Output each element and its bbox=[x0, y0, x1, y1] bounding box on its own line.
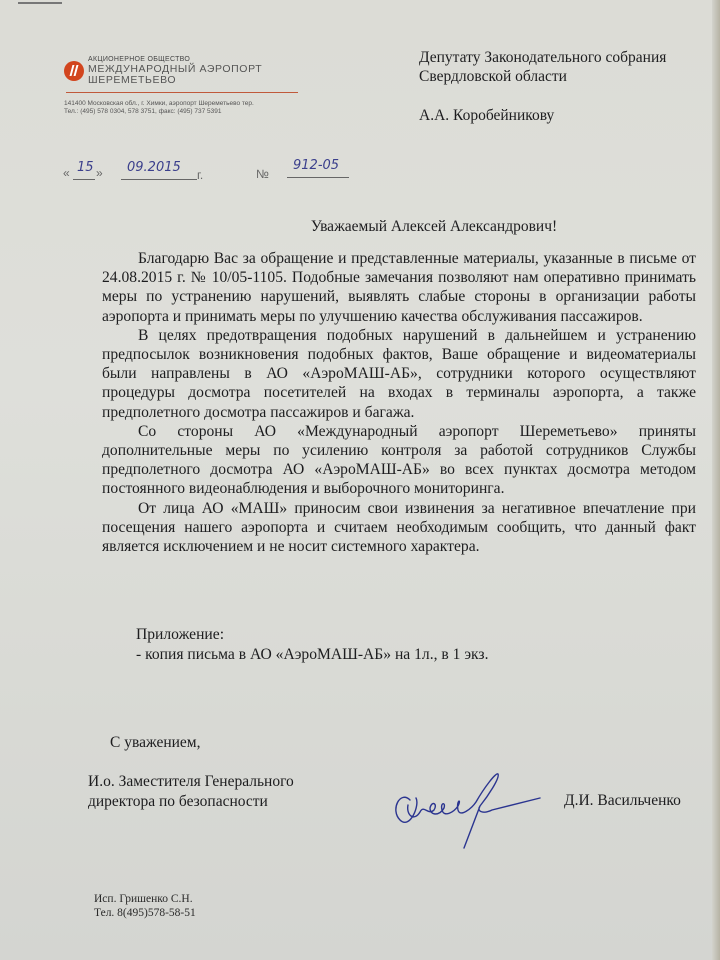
paragraph-4: От лица АО «МАШ» приносим свои извинения… bbox=[102, 499, 696, 557]
paragraph-3: Со стороны АО «Международный аэропорт Ше… bbox=[102, 422, 696, 499]
document-number: 912-05 bbox=[293, 158, 339, 173]
signer-name: Д.И. Васильченко bbox=[564, 792, 681, 810]
addressee-name: А.А. Коробейникову bbox=[419, 106, 666, 125]
org-title: МЕЖДУНАРОДНЫЙ АЭРОПОРТ ШЕРЕМЕТЬЕВО bbox=[88, 64, 344, 86]
signer-title: И.о. Заместителя Генерального директора … bbox=[88, 772, 294, 812]
executor-phone: Тел. 8(495)578-58-51 bbox=[94, 906, 196, 920]
paragraph-1: Благодарю Вас за обращение и представлен… bbox=[102, 249, 696, 326]
page-edge-shadow bbox=[712, 0, 720, 960]
day-underline bbox=[73, 179, 95, 180]
org-address: 141400 Московская обл., г. Химки, аэропо… bbox=[64, 100, 344, 108]
attachment-item: - копия письма в АО «АэроМАШ-АБ» на 1л.,… bbox=[136, 645, 488, 665]
attachment-label: Приложение: bbox=[136, 625, 488, 645]
handwritten-signature-icon bbox=[380, 760, 550, 850]
page-mark bbox=[18, 2, 62, 4]
date-close-quote: » bbox=[96, 166, 103, 180]
org-name: АКЦИОНЕРНОЕ ОБЩЕСТВО МЕЖДУНАРОДНЫЙ АЭРОП… bbox=[88, 56, 344, 86]
closing: С уважением, bbox=[110, 734, 201, 752]
date-open-quote: « bbox=[63, 166, 70, 180]
addressee-block: Депутату Законодательного собрания Сверд… bbox=[419, 48, 666, 125]
date-day: 15 bbox=[77, 160, 94, 175]
letter-body: Благодарю Вас за обращение и представлен… bbox=[102, 249, 696, 556]
addressee-region: Свердловской области bbox=[419, 67, 666, 86]
executor-block: Исп. Гришенко С.Н. Тел. 8(495)578-58-51 bbox=[94, 892, 196, 920]
addressee-position: Депутату Законодательного собрания bbox=[419, 48, 666, 67]
executor-name: Исп. Гришенко С.Н. bbox=[94, 892, 196, 906]
number-underline bbox=[287, 177, 349, 178]
letterhead-contacts: 141400 Московская обл., г. Химки, аэропо… bbox=[64, 100, 344, 116]
month-underline bbox=[121, 179, 197, 180]
logo-row: АКЦИОНЕРНОЕ ОБЩЕСТВО МЕЖДУНАРОДНЫЙ АЭРОП… bbox=[64, 56, 344, 86]
letterhead: АКЦИОНЕРНОЕ ОБЩЕСТВО МЕЖДУНАРОДНЫЙ АЭРОП… bbox=[64, 56, 344, 116]
paragraph-2: В целях предотвращения подобных нарушени… bbox=[102, 326, 696, 422]
signer-title-line2: директора по безопасности bbox=[88, 792, 294, 812]
airport-logo-icon bbox=[64, 61, 84, 81]
signer-title-line1: И.о. Заместителя Генерального bbox=[88, 772, 294, 792]
org-phones: Тел.: (495) 578 0304, 578 3751, факс: (4… bbox=[64, 108, 344, 116]
number-label: № bbox=[256, 167, 269, 181]
letterhead-divider bbox=[66, 92, 298, 93]
date-year-suffix: г. bbox=[197, 168, 203, 182]
date-month-year: 09.2015 bbox=[127, 160, 181, 175]
salutation: Уважаемый Алексей Александрович! bbox=[0, 218, 720, 236]
registration-line: « 15 » 09.2015 г. № 912-05 bbox=[63, 160, 363, 184]
attachment-block: Приложение: - копия письма в АО «АэроМАШ… bbox=[136, 625, 488, 664]
